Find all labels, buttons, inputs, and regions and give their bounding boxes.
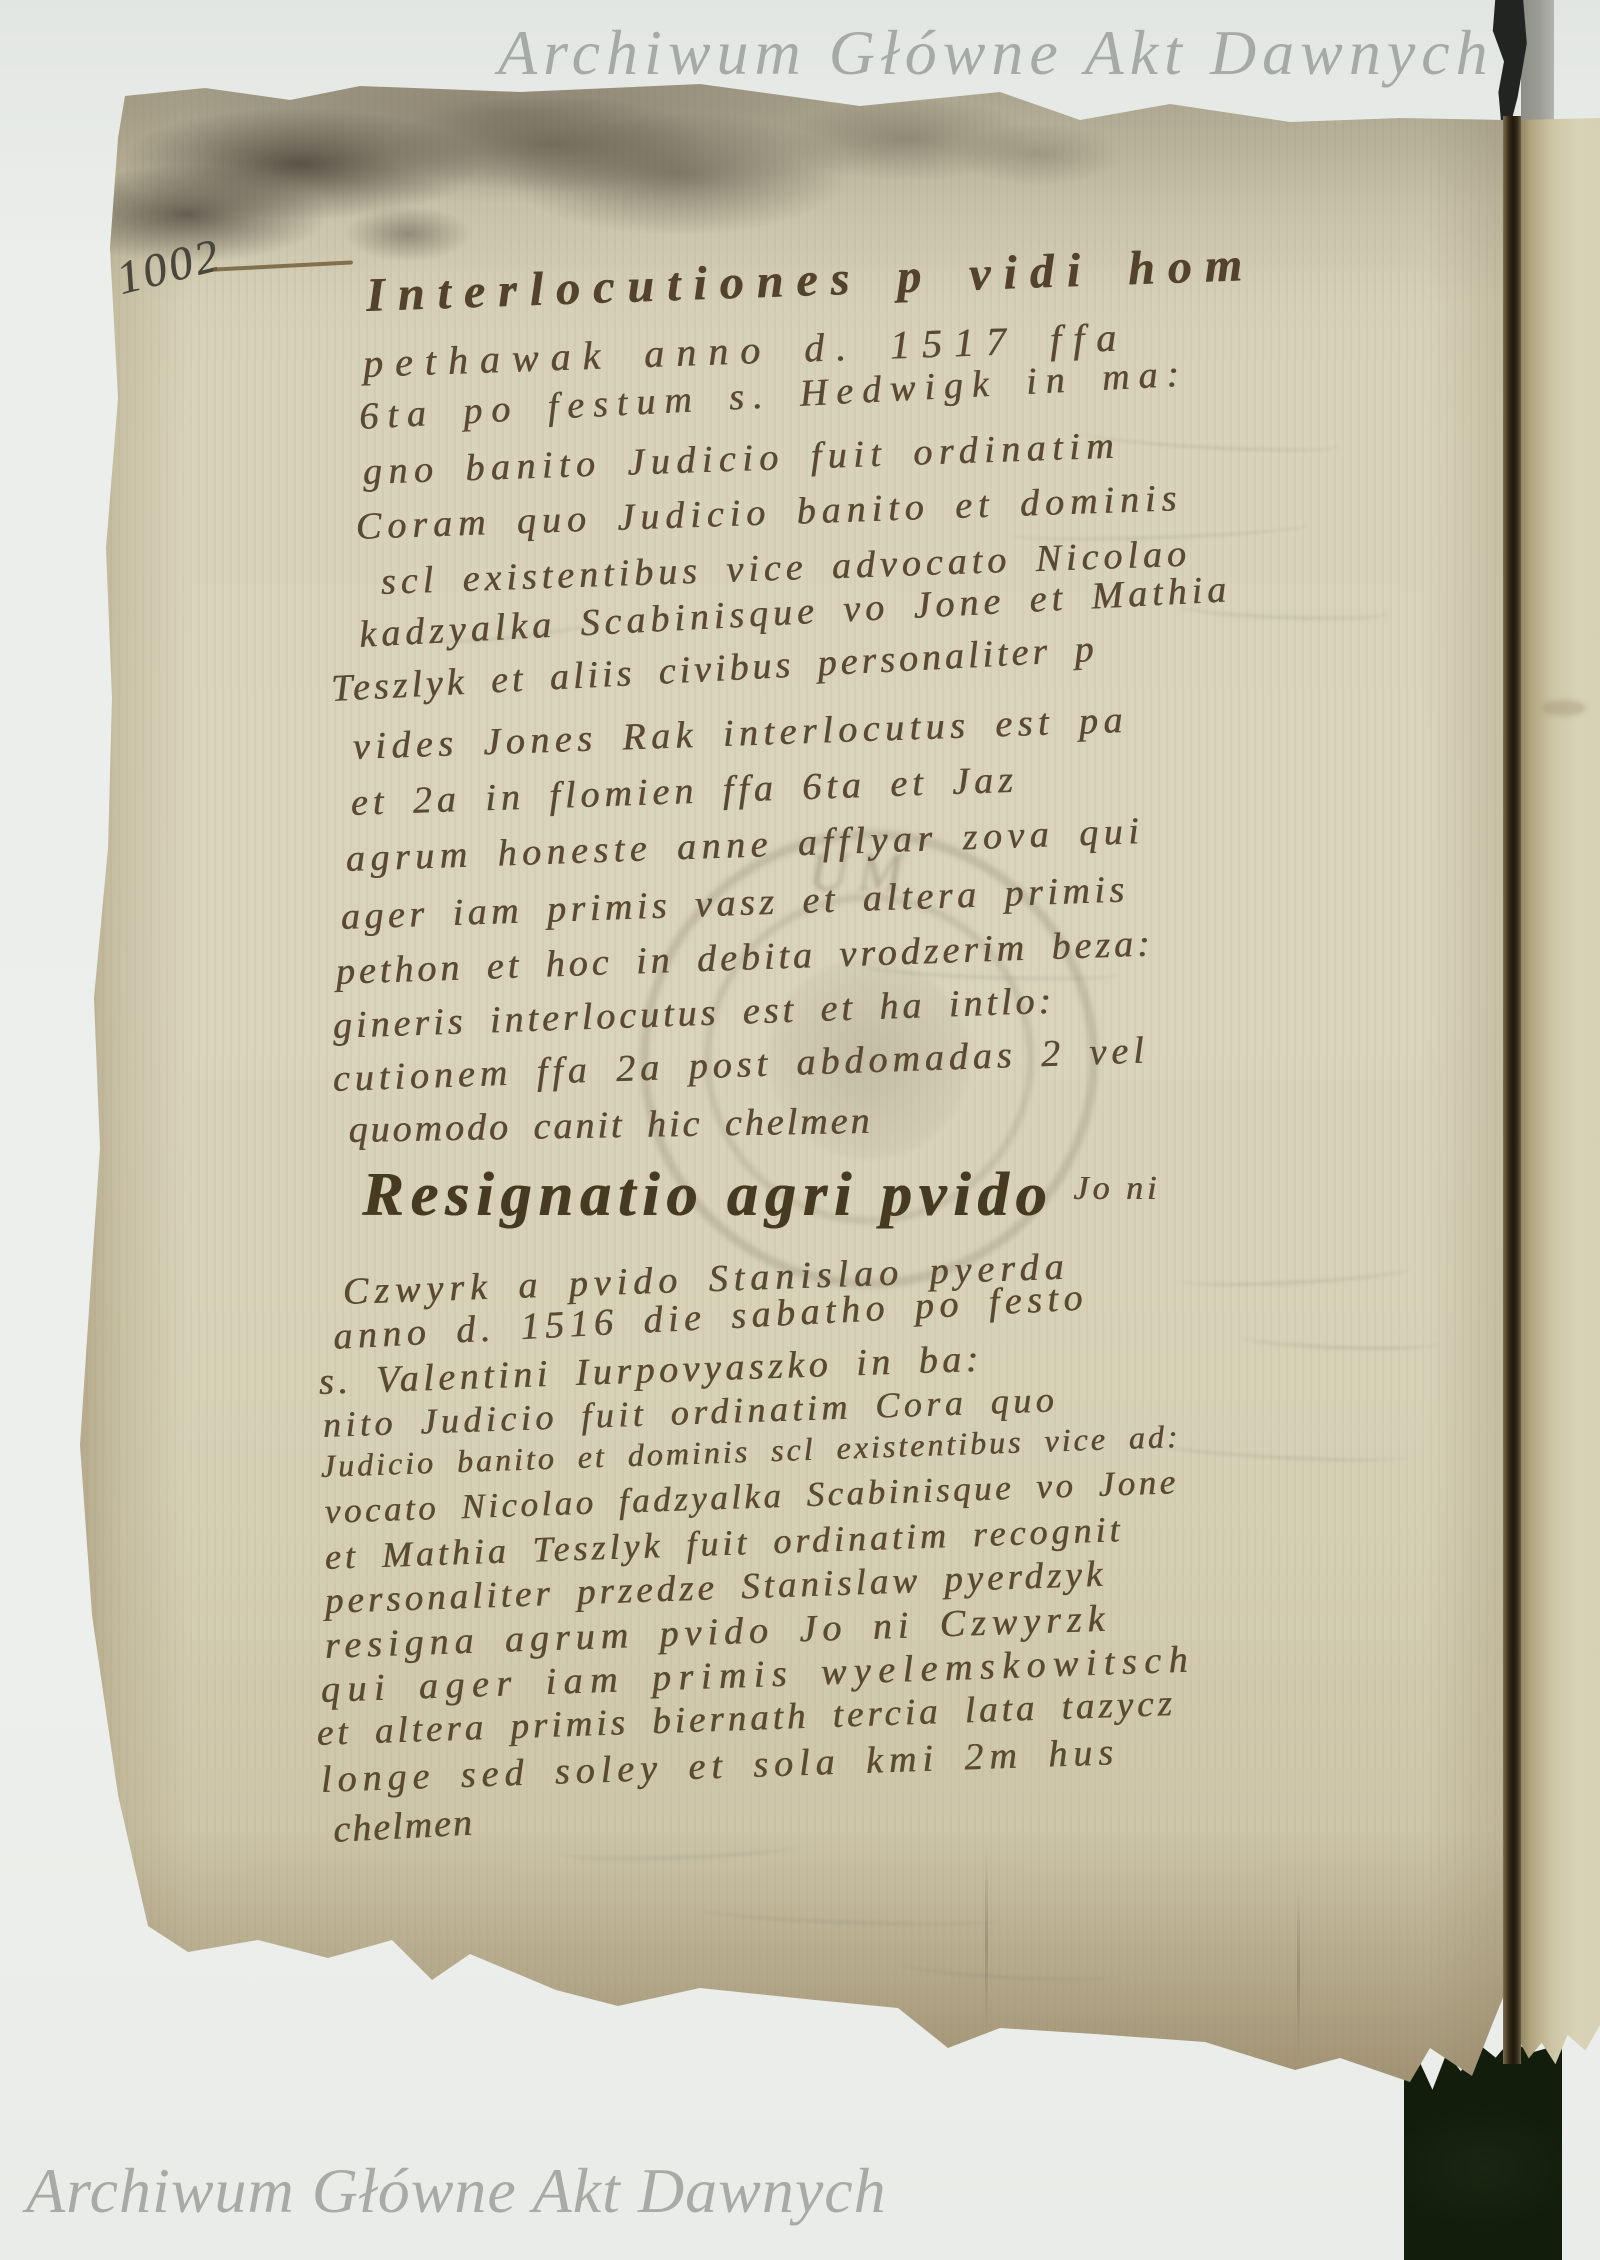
paper-smudge (1542, 700, 1586, 716)
archive-stamp-ghost: UM (640, 830, 1098, 1288)
scanned-archive-image: { "watermark": { "text": "Archiwum Główn… (0, 0, 1600, 2260)
archive-watermark-top: Archiwum Główne Akt Dawnych (498, 16, 1494, 90)
binding-gutter (1503, 116, 1521, 2064)
archive-watermark-bottom: Archiwum Główne Akt Dawnych (26, 2154, 887, 2228)
paper-crease (1297, 1885, 1300, 2060)
paper-crease (985, 1845, 988, 2040)
book-cover-edge (1404, 2030, 1562, 2260)
facing-page-edge (1519, 118, 1600, 2076)
binding-shadow-band (1521, 0, 1554, 124)
stamp-ghost-letters: UM (809, 841, 913, 903)
